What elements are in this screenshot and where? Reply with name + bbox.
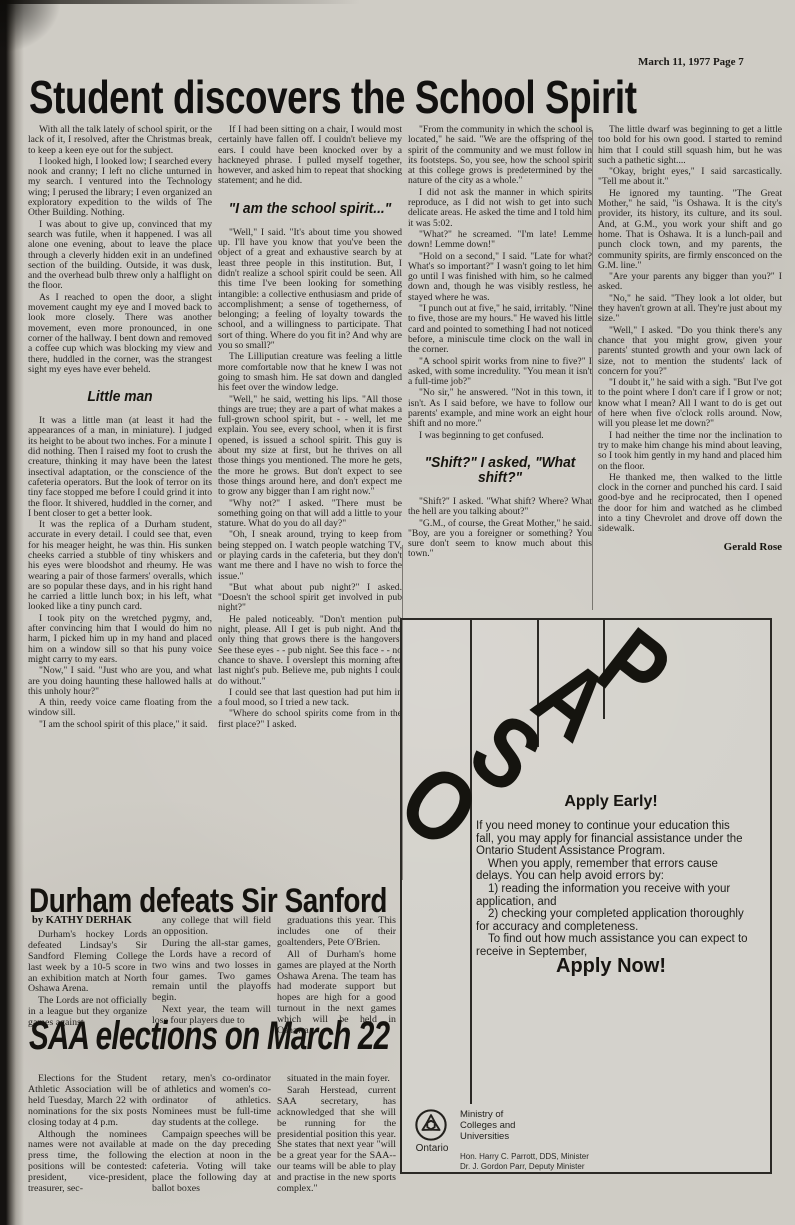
story-paragraph: "I doubt it," he said with a sigh. "But …: [598, 378, 782, 429]
story-paragraph: I could see that last question had put h…: [218, 688, 402, 709]
apply-early-heading: Apply Early!: [472, 794, 750, 810]
column-rule: [592, 130, 593, 610]
story-paragraph: Little man: [35, 389, 204, 404]
story-paragraph: The Lilliputian creature was feeling a l…: [218, 352, 402, 393]
story-paragraph: As I reached to open the door, a slight …: [28, 293, 212, 375]
story-paragraph: Although the nominees names were not ava…: [28, 1130, 147, 1195]
story-paragraph: retary, men's co-ordinator of athletics …: [152, 1074, 271, 1129]
story-paragraph: I did not ask the manner in which spirit…: [408, 188, 592, 229]
saa-column-1: Elections for the Student Athletic Assoc…: [28, 1074, 147, 1196]
story-paragraph: I had neither the time nor the inclinati…: [598, 431, 782, 472]
ad-body-text: If you need money to continue your educa…: [476, 820, 750, 959]
story-paragraph: During the all-star games, the Lords hav…: [152, 939, 271, 1004]
story-paragraph: Campaign speeches will be made on the da…: [152, 1130, 271, 1195]
story-column-3: "From the community in which the school …: [408, 125, 592, 561]
story-paragraph: Durham's hockey Lords defeated Lindsay's…: [28, 930, 147, 995]
story-paragraph: "Are your parents any bigger than you?" …: [598, 272, 782, 293]
story-paragraph: He paled noticeably. "Don't mention pub …: [218, 615, 402, 687]
story-paragraph: "Well," I said. "It's about time you sho…: [218, 228, 402, 352]
story-paragraph: It was a little man (at least it had the…: [28, 416, 212, 519]
story-paragraph: Sarah Herstead, current SAA secretary, h…: [277, 1086, 396, 1195]
story-paragraph: "Shift?" I asked. "What shift? Where? Wh…: [408, 497, 592, 518]
story-paragraph: I took pity on the wretched pygmy, and, …: [28, 614, 212, 665]
story-paragraph: With all the talk lately of school spiri…: [28, 125, 212, 156]
story-paragraph: "Well," I asked. "Do you think there's a…: [598, 326, 782, 377]
story-paragraph: "Well," he said, wetting his lips. "All …: [218, 395, 402, 498]
ad-paragraph: If you need money to continue your educa…: [476, 820, 750, 858]
story-paragraph: "But what about pub night?" I asked. "Do…: [218, 583, 402, 614]
newspaper-page: March 11, 1977 Page 7 Student discovers …: [0, 0, 795, 1225]
story-paragraph: "Okay, bright eyes," I said sarcasticall…: [598, 167, 782, 188]
durham-headline: Durham defeats Sir Sanford: [29, 884, 387, 918]
ministry-name: Ministry of Colleges and Universities: [460, 1109, 524, 1142]
story-paragraph: any college that will field an oppositio…: [152, 916, 271, 938]
story-column-4: The little dwarf was beginning to get a …: [598, 125, 782, 553]
story-paragraph: He ignored my taunting. "The Great Mothe…: [598, 189, 782, 271]
main-headline: Student discovers the School Spirit: [29, 74, 637, 120]
scan-corner-shadow: [0, 0, 60, 52]
osap-advertisement: O S A P Apply Early! If you need money t…: [400, 618, 772, 1174]
story-paragraph: "I am the school spirit...": [225, 201, 394, 216]
saa-column-3: situated in the main foyer.Sarah Herstea…: [277, 1074, 396, 1196]
minister-credit: Hon. Harry C. Parrott, DDS, Minister: [460, 1152, 660, 1162]
story-paragraph: The little dwarf was beginning to get a …: [598, 125, 782, 166]
story-paragraph: graduations this year. This includes one…: [277, 916, 396, 949]
deputy-minister-credit: Dr. J. Gordon Parr, Deputy Minister: [460, 1162, 660, 1172]
story-column-2: If I had been sitting on a chair, I woul…: [218, 125, 402, 731]
story-paragraph: "I am the school spirit of this place," …: [28, 720, 212, 730]
page-spine-shadow: [0, 0, 24, 1225]
story-paragraph: If I had been sitting on a chair, I woul…: [218, 125, 402, 187]
story-paragraph: "Shift?" I asked, "What shift?": [415, 455, 584, 485]
ministry-credits: Hon. Harry C. Parrott, DDS, Minister Dr.…: [460, 1152, 660, 1172]
ad-paragraph: 1) reading the information you receive w…: [476, 883, 750, 908]
story-paragraph: by KATHY DERHAK: [28, 916, 147, 927]
story-paragraph: "No," he said. "They look a lot older, b…: [598, 294, 782, 325]
story-paragraph: "Now," I said. "Just who are you, and wh…: [28, 666, 212, 697]
story-paragraph: "G.M., of course, the Great Mother," he …: [408, 519, 592, 560]
ad-paragraph: When you apply, remember that errors cau…: [476, 858, 750, 883]
ad-slot-line: [470, 620, 472, 1104]
story-paragraph: "No sir," he answered. "Not in this town…: [408, 388, 592, 429]
story-paragraph: situated in the main foyer.: [277, 1074, 396, 1085]
ontario-wordmark: Ontario: [406, 1144, 458, 1154]
durham-column-2: any college that will field an oppositio…: [152, 916, 271, 1028]
durham-column-1: by KATHY DERHAKDurham's hockey Lords def…: [28, 916, 147, 1030]
story-paragraph: "I punch out at five," he said, irritabl…: [408, 304, 592, 355]
story-paragraph: I looked high, I looked low; I searched …: [28, 157, 212, 219]
story-paragraph: "Where do school spirits come from in th…: [218, 709, 402, 730]
story-paragraph: "A school spirit works from nine to five…: [408, 357, 592, 388]
saa-headline: SAA elections on March 22: [29, 1016, 389, 1056]
story-paragraph: It was the replica of a Durham student, …: [28, 520, 212, 613]
story-paragraph: "What?" he screamed. "I'm late! Lemme do…: [408, 230, 592, 251]
story-paragraph: A thin, reedy voice came floating from t…: [28, 698, 212, 719]
ontario-trillium-icon: [414, 1108, 448, 1142]
story-paragraph: Gerald Rose: [598, 542, 782, 552]
dateline: March 11, 1977 Page 7: [638, 56, 744, 68]
apply-now-heading: Apply Now!: [472, 956, 750, 976]
story-paragraph: I was beginning to get confused.: [408, 431, 592, 441]
story-paragraph: He thanked me, then walked to the little…: [598, 473, 782, 535]
story-paragraph: "Why not?" I asked. "There must be somet…: [218, 499, 402, 530]
story-paragraph: I was about to give up, convinced that m…: [28, 220, 212, 292]
story-paragraph: "From the community in which the school …: [408, 125, 592, 187]
saa-column-2: retary, men's co-ordinator of athletics …: [152, 1074, 271, 1196]
story-paragraph: "Oh, I sneak around, trying to keep from…: [218, 530, 402, 581]
ad-paragraph: 2) checking your completed application t…: [476, 908, 750, 933]
story-paragraph: Elections for the Student Athletic Assoc…: [28, 1074, 147, 1129]
story-paragraph: "Hold on a second," I said. "Late for wh…: [408, 252, 592, 303]
story-column-1: With all the talk lately of school spiri…: [28, 125, 212, 731]
